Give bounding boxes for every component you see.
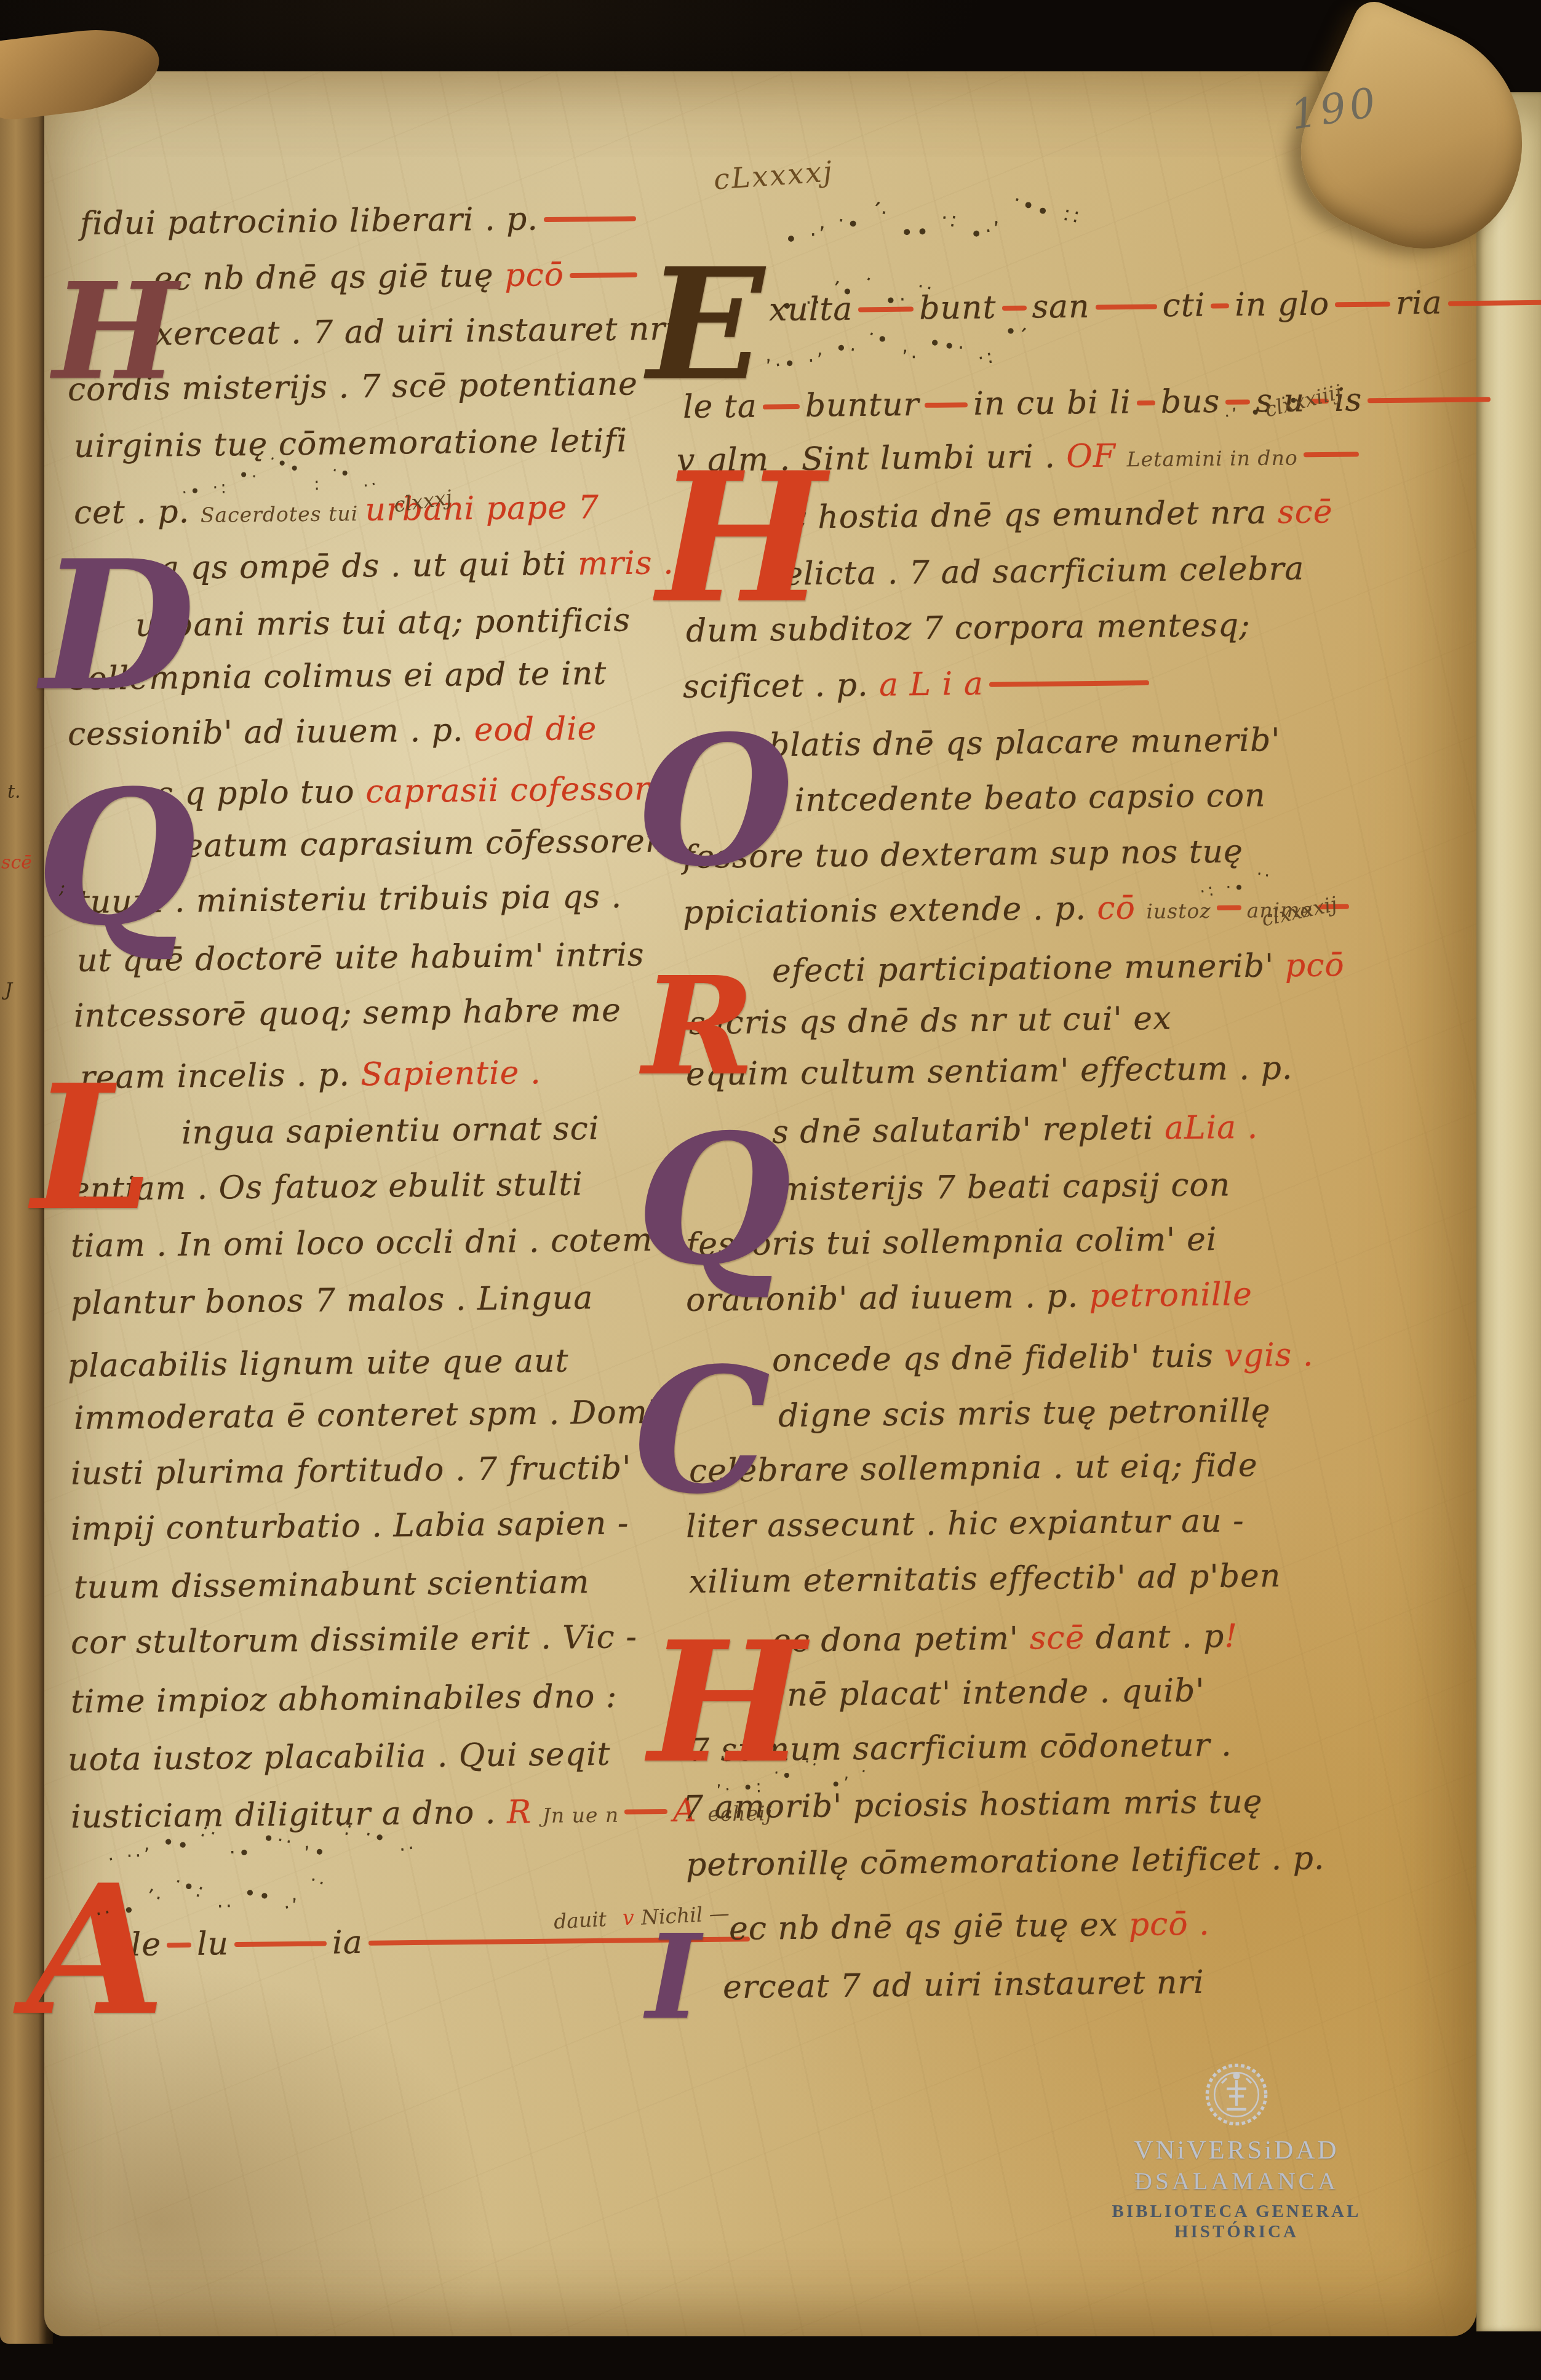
neume-cluster: ·· [1254,863,1274,886]
initial-fragment: I [646,1932,701,2023]
right-column-text-line: 7 intcedente beato capsio con [763,777,1266,819]
red-filler-line [1217,905,1241,910]
watermark-salamanca: ÐSALAMANCA [1089,2167,1384,2195]
manuscript-text: in glo [1235,285,1329,324]
red-filler-line [1448,300,1541,306]
neume-cluster: ∙∙· [927,329,970,360]
right-column-text-line: sacris qs dnē ds nr ut cui' ex [689,1000,1172,1042]
right-column-text-line: efecti participatione munerib' pcō [772,947,1345,990]
manuscript-text: petronillę cōmemoratione letificet . p. [686,1840,1325,1884]
neume-cluster: ·: [975,344,997,370]
initial-C-concede: C [634,1364,771,1498]
left-column-text-line: urbani mris tui atq; pontificis [135,602,631,644]
neume-cluster: ∙∙ [242,1879,276,1908]
right-column-text-line: blatis dnē qs placare munerib' [769,722,1281,764]
manuscript-text: xilium eternitatis effectib' ad p'ben [689,1558,1281,1601]
neume-cluster: ʼ∙ [830,276,858,304]
manuscript-text: lu [197,1925,229,1963]
initial-E-exultabunt: E [647,265,765,384]
left-column-text-line: beatum caprasium cōfessorem [163,822,677,865]
neume-cluster: ·: [939,205,962,233]
manuscript-text: equim cultum sentiam' effectum . p. [686,1050,1293,1093]
rubric-text: pcō . [1129,1906,1210,1943]
initial-H-hec-dona: H [648,1638,805,1767]
left-column-text-line: ingua sapientiu ornat sci [181,1110,600,1152]
left-column-text-line: s q pplo tuo caprasii cofessori . [157,770,683,813]
manuscript-text: fidui patrocinio liberari . p. [80,201,539,242]
neume-cluster: ·∙ [229,1840,253,1864]
neume-cluster: · [861,267,878,292]
rubric-text: pcō [1285,947,1345,984]
red-filler-line [1368,397,1491,403]
right-column-text-line: petronillę cōmemoratione letificet . p. [686,1840,1325,1884]
rubric-text: pcō [504,257,564,294]
manuscript-text: dant . p [1085,1618,1225,1656]
folio-number-pencil: 190 [1288,78,1382,139]
red-filler-line [570,272,637,277]
rubric-text: vgis . [1224,1337,1314,1375]
red-filler-line [925,402,968,408]
initial-Q-quos: Q [636,1131,792,1270]
initial-Q-quesumus: Q [36,786,196,930]
rubric-text: eod die [474,710,597,749]
manuscript-text: Sacerdotes tui [201,501,365,527]
right-column-text-line: erceat 7 ad uiri instauret nri [723,1964,1205,2006]
neume-cluster: ʼ· [867,197,893,226]
neume-cluster: ·∙ [180,479,204,503]
left-column-text-line: cor stultorum dissimile erit . Vic - [71,1618,638,1662]
musical-neumes: ∙·ʼ·∙ʼ·∙∙·:∙·ʼ·∙∙:: [784,213,1093,248]
manuscript-text: iustoz [1146,899,1211,923]
neume-cluster: ·· [915,274,938,301]
watermark-library: BIBLIOTECA GENERAL HISTÓRICA [1089,2202,1384,2242]
manuscript-text: ingua sapientiu ornat sci [181,1110,600,1152]
marginal-annotation: scē [1,852,32,874]
left-column-text-line: uota iustoz placabilia . Qui seqit [68,1736,611,1778]
marginal-annotation: t. [7,781,21,803]
initial-H-hec: H [53,280,178,383]
neume-cluster: ··ʼ [126,1844,153,1868]
marginal-annotation: Nichil — [640,1901,730,1929]
neume-cluster: ·: [212,477,229,498]
musical-neumes: ···ʼ∙∙:··∙∙··ʼ∙·:·∙·· [107,1834,426,1868]
red-filler-line [1001,305,1026,310]
neume-cluster: ∙·ʼ [968,216,1006,247]
rubric-text: cō [1097,890,1147,927]
manuscript-text: tuum disseminabunt scientiam [74,1564,590,1606]
rubric-text: OF [1066,437,1127,475]
rubric-text: aLia . [1165,1109,1259,1147]
neume-cluster: : [314,474,323,494]
neume-cluster: ·∙: [170,1869,209,1903]
left-column-text-line: tiam . In omi loco occli dni . cotem [71,1222,653,1265]
right-column-text-line: s dnē salutarib' repleti aLia . [772,1109,1259,1151]
red-filler-line [1335,301,1390,307]
right-column-text-line: ec dona petim' scē dant . p! [772,1618,1238,1660]
marginal-annotation: v [623,1906,634,1930]
red-filler-line [989,680,1149,687]
neume-cluster: ∙· [884,287,909,311]
initial-L-lingua: L [32,1081,153,1216]
university-seal-icon [1204,2062,1269,2127]
manuscript-text: blatis dnē qs placare munerib' [769,722,1281,764]
marginal-annotation: J [5,979,12,1001]
neume-cluster: ∙ [782,225,802,252]
red-filler-line [763,404,800,410]
manuscript-text: s dnē salutarib' repleti [772,1110,1165,1151]
neume-cluster: ∙· [833,335,861,362]
manuscript-text: impij conturbatio . Labia sapien - [71,1505,629,1548]
neume-cluster: ∙ʼ [830,1773,852,1794]
manuscript-text: intcessorē quoq; semp habre me [74,992,621,1035]
rubric-text: a L i a [879,666,984,704]
marginal-annotation: dauit [553,1907,607,1933]
manuscript-text: cti [1162,287,1205,325]
manuscript-text: immoderata ē conteret spm . Dom' [74,1394,658,1437]
manuscript-text: iusti plurima fortitudo . 7 fructib' [71,1449,632,1492]
manuscript-text: ec nb dnē qs giē tuę [154,257,505,298]
manuscript-text: efecti participatione munerib' [772,947,1286,990]
right-column-text-line: digne scis mris tuę petronillę [778,1393,1271,1435]
neume-cluster: ·∙ [770,292,798,320]
right-column-text-line: dnē placat' intende . quib' [766,1673,1205,1714]
neume-cluster: ʼ∙ [303,1838,330,1866]
neume-cluster: ·∙ [835,208,865,237]
left-column-text-line: ec nb dnē qs giē tuę pcō [154,256,643,298]
neume-cluster: ʼ· [715,1778,735,1801]
manuscript-text: san [1032,289,1090,326]
initial-D-da: D [41,557,195,696]
initial-R-refecti: R [642,973,755,1079]
red-filler-line [167,1942,191,1947]
neume-cluster: ∙· [236,463,261,487]
manuscript-text: oncede qs dnē fidelib' tuis [772,1337,1225,1379]
manuscript-text: in cu bi li [973,384,1131,423]
manuscript-text: uirginis tuę cōmemoratione letifi [74,423,628,465]
manuscript-text: buntur [805,386,920,424]
neume-cluster: ·· [94,1900,115,1926]
left-column-text-line: placabilis lignum uite que aut [68,1342,569,1385]
manuscript-text: sacris qs dnē ds nr ut cui' ex [689,1000,1172,1042]
right-column-text-line: xilium eternitatis effectib' ad p'ben [689,1558,1281,1601]
library-watermark: VNiVERSiDAD ÐSALAMANCA BIBLIOTECA GENERA… [1089,2062,1384,2242]
manuscript-text: beatum caprasium cōfessorem [163,822,677,865]
manuscript-content: 190 cLxxxxj VNiVERSiDAD ÐSALAMANCA BIBLI… [0,0,1541,2380]
manuscript-text: time impioz abhominabiles dno : [71,1678,618,1721]
manuscript-text: uota iustoz placabilia . Qui seqit [68,1736,611,1778]
manuscript-text: a qs ompē ds . ut qui bti [160,546,578,587]
quire-mark: cLxxxxj [712,154,835,196]
red-filler-line [1211,303,1229,308]
neume-cluster: ·· [805,290,824,314]
neume-cluster: ·∙ [363,1822,391,1850]
left-column-text-line: fidui patrocinio liberari . p. [80,199,642,242]
manuscript-text: cor stultorum dissimile erit . Vic - [71,1618,638,1662]
left-column-text-line: intcessorē quoq; semp habre me [74,992,621,1035]
neume-cluster: ·· [217,1894,235,1918]
rubric-text: ! [1224,1618,1238,1655]
manuscript-text: erceat 7 ad uiri instauret nri [723,1964,1205,2006]
red-filler-line [544,216,636,222]
neume-cluster: ·ʼ [808,348,826,372]
right-column-text-line: ec nb dnē qs giē tuę ex pcō . [729,1906,1210,1948]
rubric-text: caprasii cofessori . [365,770,683,810]
neume-cluster: ·: [1198,879,1217,902]
right-column-text-line: delicta . 7 ad sacrficium celebra [763,551,1305,593]
rubric-text: scē [1029,1620,1085,1657]
manuscript-text: ria [1396,285,1443,322]
rubric-text: Sapientie . [360,1054,541,1093]
neume-cluster: ·· [361,473,381,496]
left-column-text-line: immoderata ē conteret spm . Dom' [74,1394,658,1437]
marginal-annotation: ; [59,877,65,898]
red-filler-line [1304,452,1359,457]
manuscript-text: plantur bonos 7 malos . Lingua [71,1280,594,1322]
left-column-text-line: uirginis tuę cōmemoratione letifi [74,423,628,465]
left-column-text-line: impij conturbatio . Labia sapien - [71,1505,629,1548]
manuscript-text: Letamini in dno [1126,445,1297,471]
right-column-text-line: le tabunturin cu bi libuss uis [683,380,1497,426]
initial-H-hostia: H [657,469,826,608]
neume-cluster: ·· [397,1836,418,1862]
manuscript-text: celebrare sollempnia . ut eiq; fide [689,1447,1258,1490]
neume-cluster: ·· [306,1868,332,1896]
manuscript-text: bus [1161,383,1220,421]
neume-cluster: ∙: [742,1776,764,1797]
right-column-text-line: oncede qs dnē fidelib' tuis vgis . [772,1337,1314,1379]
red-filler-line [624,1809,667,1814]
right-column-text-line: celebrare sollempnia . ut eiq; fide [689,1447,1258,1490]
red-filler-line [1137,400,1155,405]
watermark-university: VNiVERSiDAD [1089,2135,1384,2165]
musical-neumes: ·:·∙·· [1199,875,1283,899]
musical-neumes: ʼ·∙·ʼ∙··∙ʼ·∙∙··:∙ʼ [765,341,1038,373]
manuscript-text: ec hostia dnē qs emundet nra [769,494,1278,536]
left-column-text-line: exerceat . 7 ad uiri instauret nri [135,311,677,353]
manuscript-text: dnē placat' intende . quib' [766,1673,1205,1714]
manuscript-text: ec nb dnē qs giē tuę ex [729,1906,1129,1948]
neume-cluster: ∙∙ [900,218,932,244]
rubric-text: petronille [1089,1276,1252,1315]
neume-cluster: :: [1061,201,1085,229]
manuscript-text: digne scis mris tuę petronillę [778,1393,1271,1435]
neume-cluster: ·ʼ [282,1893,303,1919]
manuscript-text: urbani mris tui atq; pontificis [135,602,631,644]
right-column-text-line: misterijs 7 beati capsij con [778,1166,1231,1208]
rubric-text: R [507,1794,543,1831]
manuscript-text: placabilis lignum uite que aut [68,1342,569,1385]
left-column-text-line: time impioz abhominabiles dno : [71,1678,618,1721]
manuscript-text: 7 intcedente beato capsio con [763,777,1266,819]
right-column-text-line: equim cultum sentiam' effectum . p. [686,1050,1293,1093]
neume-cluster: ·ʼ [810,222,829,247]
neume-cluster: ·∙ [771,1762,797,1786]
right-column-text-line: ec hostia dnē qs emundet nra scē [769,493,1333,536]
manuscript-text: misterijs 7 beati capsij con [778,1166,1231,1208]
rubric-text: scē [1278,493,1333,531]
left-column-text-line: tuum disseminabunt scientiam [74,1564,590,1606]
left-column-text-line: a qs ompē ds . ut qui bti mris . [160,544,674,587]
red-filler-line [234,1941,327,1947]
manuscript-text: ec dona petim' [772,1620,1030,1660]
manuscript-text: ia [332,1924,363,1962]
neume-cluster: ·∙ [330,460,355,484]
neume-cluster: · [106,1847,119,1871]
neume-cluster: ∙ [122,1898,138,1922]
neume-cluster: ʼ· [901,345,920,369]
manuscript-text: Jn ue n [543,1803,619,1828]
manuscript-text: tiam . In omi loco occli dni . cotem [71,1222,653,1265]
neume-cluster: ʼ· [145,1884,167,1911]
neume-cluster: ·∙ [1225,877,1248,897]
manuscript-text: exerceat . 7 ad uiri instauret nri [135,311,677,353]
red-filler-line [1096,304,1157,309]
left-column-text-line: iusti plurima fortitudo . 7 fructib' [71,1449,632,1492]
neume-cluster: ʼ·∙ [764,349,800,378]
initial-O-oblatis: O [639,732,794,871]
neume-cluster: ·∙∙ [1009,188,1056,226]
left-column-text-line: plantur bonos 7 malos . Lingua [71,1280,594,1322]
neume-cluster: ·ʼ [1222,404,1242,426]
manuscript-text: delicta . 7 ad sacrficium celebra [763,551,1305,593]
